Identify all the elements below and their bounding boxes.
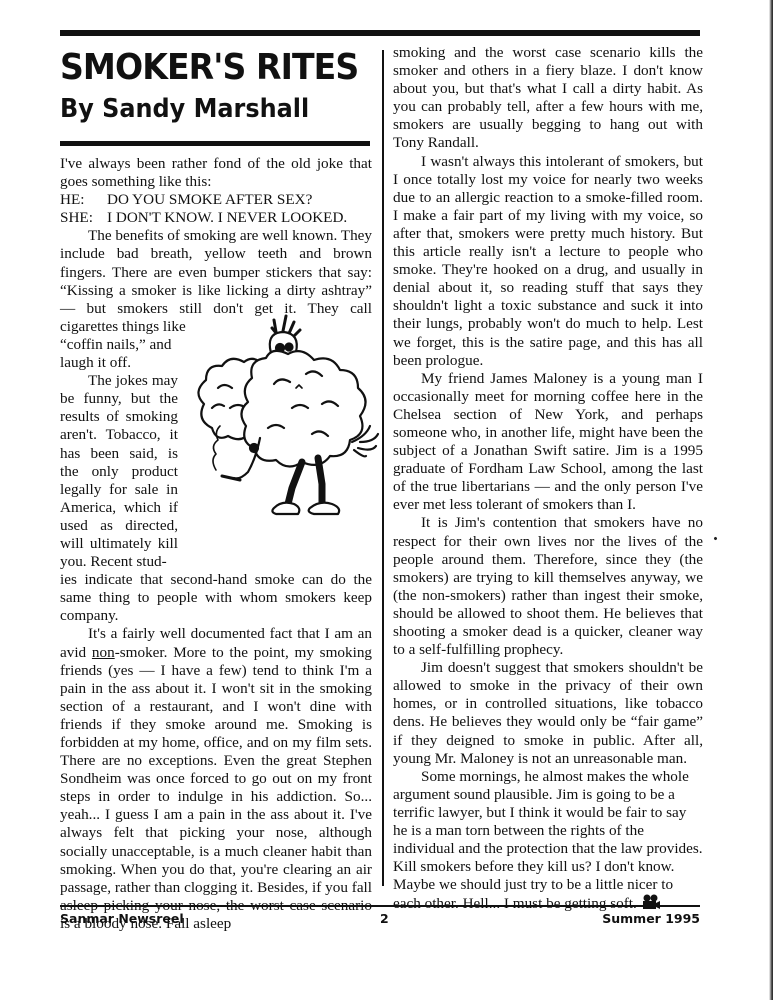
fact-text-rest: -smoker. More to the point, my smoking f… <box>60 644 372 932</box>
friend-paragraph: My friend James Maloney is a young man I… <box>393 370 703 515</box>
dialog-text: DO YOU SMOKE AFTER SEX? <box>107 191 312 209</box>
dialog-text: I DON'T KNOW. I NEVER LOOKED. <box>107 209 347 227</box>
right-column: smoking and the worst case scenario kill… <box>393 44 703 914</box>
article-title: SMOKER'S RITES <box>60 46 354 90</box>
dialog-speaker: SHE: <box>60 209 107 227</box>
dialog-speaker: HE: <box>60 191 107 209</box>
top-rule <box>60 30 700 36</box>
smoke-cloud-man-illustration <box>182 308 382 523</box>
fact-paragraph: It's a fairly well documented fact that … <box>60 625 372 933</box>
scan-edge-shadow <box>769 0 773 1000</box>
newsletter-page: SMOKER'S RITES By Sandy Marshall I've al… <box>0 0 773 1000</box>
headline-rule <box>60 141 370 146</box>
underlined-word: non <box>92 644 115 661</box>
page-number: 2 <box>380 911 389 926</box>
publication-name: Sanmar Newsreel <box>60 911 184 926</box>
dialog-line-she: SHE: I DON'T KNOW. I NEVER LOOKED. <box>60 209 372 227</box>
left-column: I've always been rather fond of the old … <box>60 155 372 933</box>
movie-camera-icon <box>641 894 661 910</box>
article-byline: By Sandy Marshall <box>60 92 354 126</box>
intolerant-paragraph: I wasn't always this intolerant of smoke… <box>393 153 703 370</box>
intro-paragraph: I've always been rather fond of the old … <box>60 155 372 191</box>
illustration-wrap-area: “coffin nails,” and laugh it off. The jo… <box>60 336 372 571</box>
scan-speck <box>713 536 717 540</box>
jokes-paragraph-continued: ies indicate that second-hand smoke can … <box>60 571 372 625</box>
mornings-text: Some mornings, he almost makes the whole… <box>393 768 703 913</box>
page-footer: Sanmar Newsreel 2 Summer 1995 <box>60 911 700 929</box>
footer-rule <box>60 905 700 907</box>
fact-paragraph-continued: smoking and the worst case scenario kill… <box>393 44 703 153</box>
contention-paragraph: It is Jim's contention that smokers have… <box>393 514 703 659</box>
headline-block: SMOKER'S RITES By Sandy Marshall <box>60 46 380 126</box>
jokes-paragraph: The jokes may be funny, but the results … <box>60 372 178 571</box>
column-divider <box>382 50 384 886</box>
issue-date: Summer 1995 <box>602 911 700 926</box>
privacy-paragraph: Jim doesn't suggest that smokers shouldn… <box>393 659 703 768</box>
mornings-paragraph: Some mornings, he almost makes the whole… <box>393 768 703 914</box>
dialog-line-he: HE: DO YOU SMOKE AFTER SEX? <box>60 191 372 209</box>
